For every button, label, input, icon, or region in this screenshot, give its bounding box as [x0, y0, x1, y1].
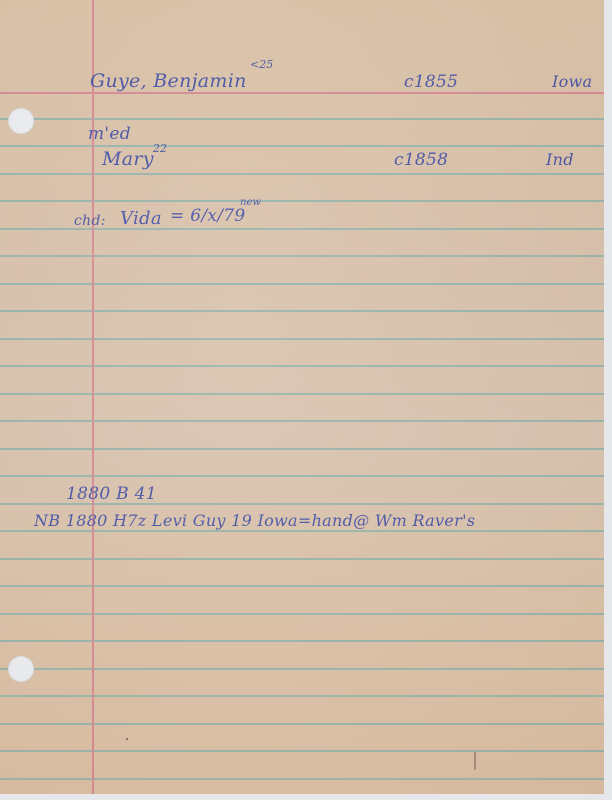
- ruled-line: [0, 530, 604, 532]
- child-dob-note: new: [240, 197, 261, 208]
- ruled-line: [0, 585, 604, 587]
- nb-census-note: NB 1880 H7z Levi Guy 19 Iowa=hand@ Wm Ra…: [34, 511, 475, 530]
- ruled-line: [0, 145, 604, 147]
- red-header-rule: [0, 92, 604, 94]
- ruled-line: [0, 668, 604, 670]
- paper-mark: [474, 752, 476, 770]
- scan-border-bottom: [0, 794, 612, 800]
- ruled-line: [0, 723, 604, 725]
- wife-birth-year: c1858: [394, 150, 448, 170]
- ruled-line: [0, 310, 604, 312]
- ruled-line: [0, 393, 604, 395]
- wife-birthplace: Ind: [546, 150, 574, 169]
- ruled-line: [0, 475, 604, 477]
- child-dob: = 6/x/79: [170, 206, 246, 226]
- ruled-line: [0, 750, 604, 752]
- paper-speck: [126, 738, 128, 740]
- wife-age-note: 22: [153, 142, 167, 155]
- ruled-line: [0, 420, 604, 422]
- punch-hole-bottom: [8, 656, 34, 682]
- census-reference: 1880 B 41: [66, 484, 157, 504]
- notebook-page: Guye, Benjamin <25 c1855 Iowa m'ed Mary …: [0, 0, 604, 794]
- wife-name: Mary: [102, 148, 154, 170]
- husband-birth-year: c1855: [404, 72, 458, 92]
- ruled-line: [0, 173, 604, 175]
- ruled-line: [0, 118, 604, 120]
- children-label: chd:: [74, 213, 106, 229]
- ruled-line: [0, 283, 604, 285]
- ruled-line: [0, 255, 604, 257]
- husband-name: Guye, Benjamin: [90, 70, 247, 92]
- ruled-line: [0, 338, 604, 340]
- ruled-line: [0, 640, 604, 642]
- child-name: Vida: [120, 208, 162, 229]
- marriage-label: m'ed: [88, 124, 131, 144]
- husband-birthplace: Iowa: [552, 72, 592, 91]
- husband-age-note: <25: [250, 58, 273, 71]
- punch-hole-top: [8, 108, 34, 134]
- red-margin-rule: [92, 0, 94, 794]
- scan-border-right: [604, 0, 612, 800]
- ruled-line: [0, 558, 604, 560]
- ruled-line: [0, 613, 604, 615]
- ruled-line: [0, 448, 604, 450]
- ruled-line: [0, 365, 604, 367]
- ruled-line: [0, 200, 604, 202]
- ruled-line: [0, 778, 604, 780]
- ruled-line: [0, 695, 604, 697]
